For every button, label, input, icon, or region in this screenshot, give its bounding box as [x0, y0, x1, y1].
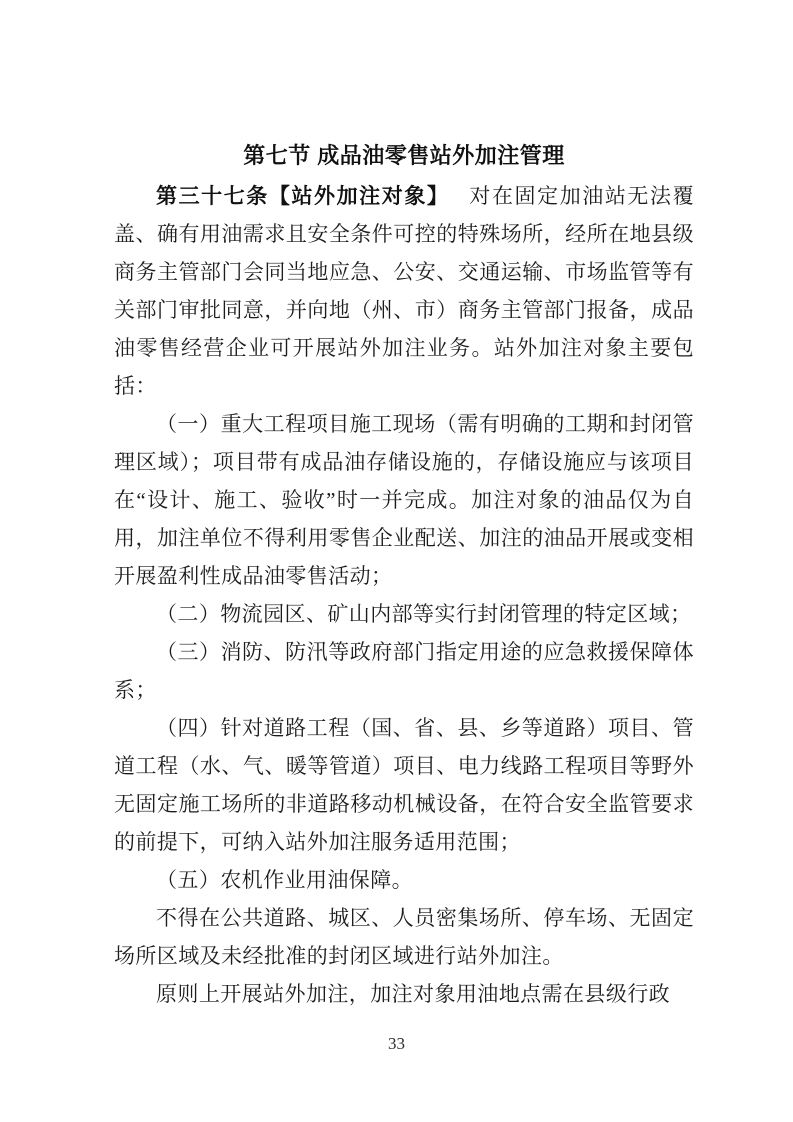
- page-footer: 33: [0, 1032, 793, 1056]
- list-item-2: （二）物流园区、矿山内部等实行封闭管理的特定区域；: [114, 595, 694, 633]
- section-heading: 第七节 成品油零售站外加注管理: [114, 137, 694, 175]
- article-number: 第三十七条【站外加注对象】: [156, 184, 449, 208]
- list-item-5: （五）农机作业用油保障。: [114, 861, 694, 899]
- article-lead-text: 对在固定加油站无法覆盖、确有用油需求且安全条件可控的特殊场所，经所在地县级商务主…: [114, 184, 694, 398]
- paragraph-principle: 原则上开展站外加注，加注对象用油地点需在县级行政: [114, 975, 694, 1013]
- paragraph-prohibition: 不得在公共道路、城区、人员密集场所、停车场、无固定场所区域及未经批准的封闭区域进…: [114, 899, 694, 975]
- list-item-1: （一）重大工程项目施工现场（需有明确的工期和封闭管理区域）；项目带有成品油存储设…: [114, 405, 694, 595]
- article-lead-paragraph: 第三十七条【站外加注对象】对在固定加油站无法覆盖、确有用油需求且安全条件可控的特…: [114, 177, 694, 405]
- list-item-4: （四）针对道路工程（国、省、县、乡等道路）项目、管道工程（水、气、暖等管道）项目…: [114, 709, 694, 861]
- page-number: 33: [388, 1034, 405, 1053]
- document-page: 第七节 成品油零售站外加注管理 第三十七条【站外加注对象】对在固定加油站无法覆盖…: [0, 0, 793, 1122]
- list-item-3: （三）消防、防汛等政府部门指定用途的应急救援保障体系；: [114, 633, 694, 709]
